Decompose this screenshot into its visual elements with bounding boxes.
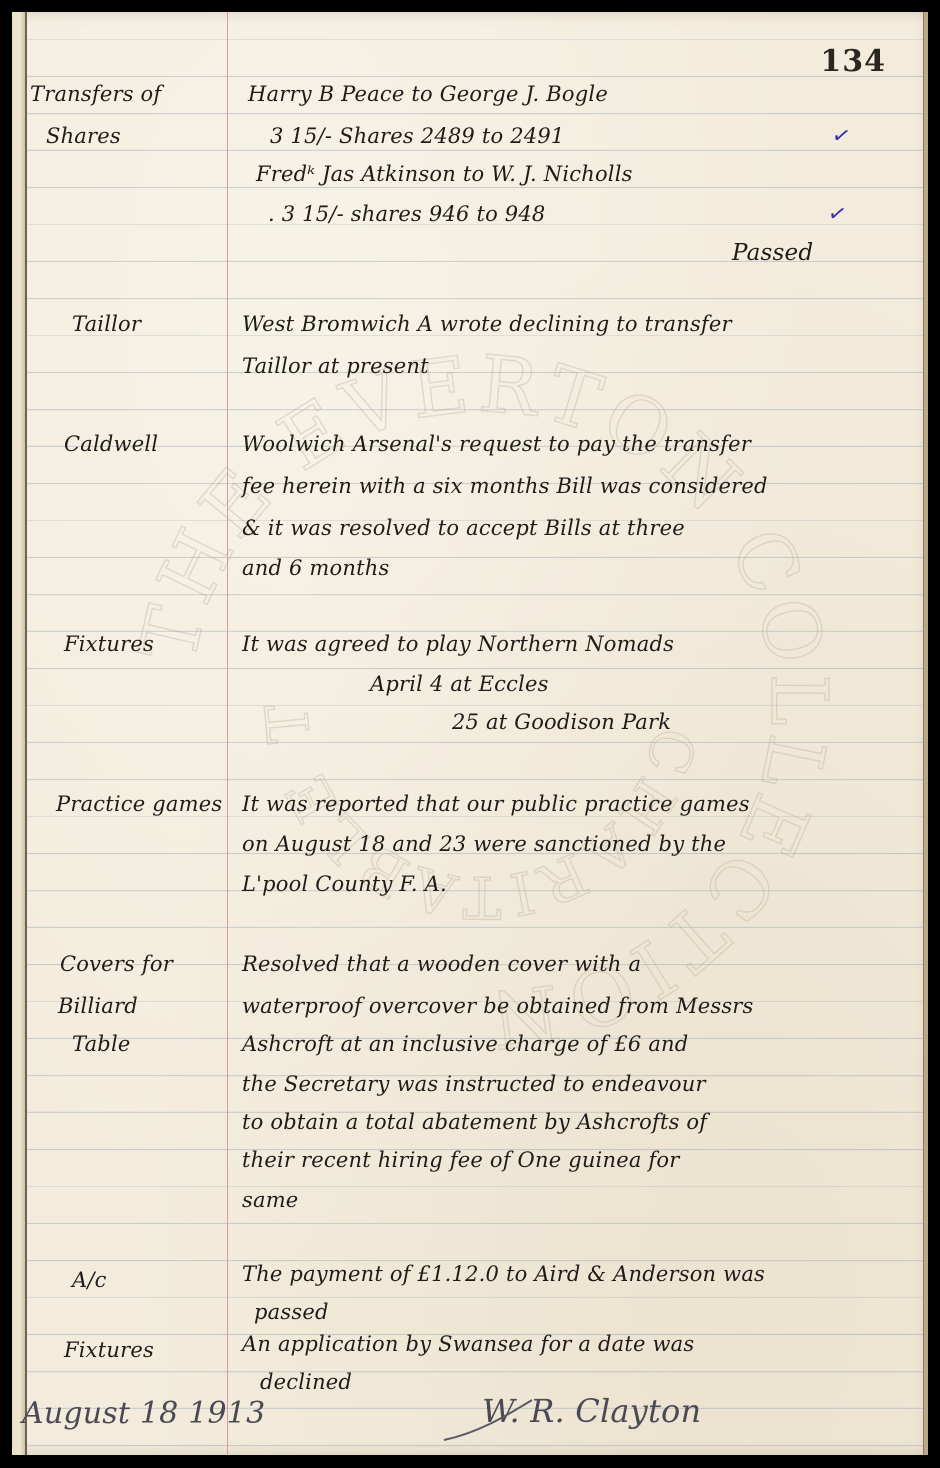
page-number: 134 — [820, 44, 886, 79]
entry-line: April 4 at Eccles — [370, 672, 549, 696]
entry-line: The payment of £1.12.0 to Aird & Anderso… — [242, 1262, 765, 1286]
entry-label: Taillor — [72, 312, 141, 336]
margin-line — [227, 12, 228, 1455]
entry-line: declined — [260, 1370, 352, 1394]
entry-line: and 6 months — [242, 556, 389, 580]
entry-label: Practice games — [56, 792, 222, 816]
entry-line: fee herein with a six months Bill was co… — [242, 474, 768, 498]
signature-flourish-icon — [442, 1392, 802, 1452]
entry-line: & it was resolved to accept Bills at thr… — [242, 516, 685, 540]
entry-line: on August 18 and 23 were sanctioned by t… — [242, 832, 726, 856]
ledger-page: THE EVERTON COLLECTION CHARITABLE TRUST … — [12, 12, 928, 1455]
entry-line: their recent hiring fee of One guinea fo… — [242, 1148, 679, 1172]
entry-line: 25 at Goodison Park — [452, 710, 671, 734]
entry-label: Fixtures — [64, 1338, 154, 1362]
entry-line: . 3 15/- shares 946 to 948 — [268, 202, 546, 226]
entry-label: Table — [72, 1032, 130, 1056]
entry-line: West Bromwich A wrote declining to trans… — [242, 312, 732, 336]
entry-line: the Secretary was instructed to endeavou… — [242, 1072, 706, 1096]
entry-line: Ashcroft at an inclusive charge of £6 an… — [242, 1032, 688, 1056]
entry-line: Fredᵏ Jas Atkinson to W. J. Nicholls — [256, 162, 633, 186]
entry-line: waterproof overcover be obtained from Me… — [242, 994, 754, 1018]
entry-line: L'pool County F. A. — [242, 872, 447, 896]
entry-line: to obtain a total abatement by Ashcrofts… — [242, 1110, 707, 1134]
binding-edge — [12, 12, 27, 1455]
entry-label: A/c — [72, 1268, 107, 1292]
entry-line: It was agreed to play Northern Nomads — [242, 632, 674, 656]
entry-line: Resolved that a wooden cover with a — [242, 952, 641, 976]
entry-line: passed — [254, 1300, 329, 1324]
entry-label: Shares — [46, 124, 121, 148]
entry-line: same — [242, 1188, 298, 1212]
entry-line: An application by Swansea for a date was — [242, 1332, 694, 1356]
entry-line: Passed — [732, 240, 813, 266]
page-edge — [923, 12, 928, 1455]
entry-line: Taillor at present — [242, 354, 429, 378]
entry-label: Billiard — [58, 994, 138, 1018]
entry-line: 3 15/- Shares 2489 to 2491 — [270, 124, 564, 148]
entry-label: Caldwell — [64, 432, 158, 456]
entry-line: It was reported that our public practice… — [242, 792, 750, 816]
entry-label: Transfers of — [30, 82, 161, 106]
entry-label: Fixtures — [64, 632, 154, 656]
entry-label: Covers for — [60, 952, 173, 976]
entry-line: Woolwich Arsenal's request to pay the tr… — [242, 432, 751, 456]
entry-line: Harry B Peace to George J. Bogle — [248, 82, 608, 106]
minute-date: August 18 1913 — [22, 1396, 265, 1431]
